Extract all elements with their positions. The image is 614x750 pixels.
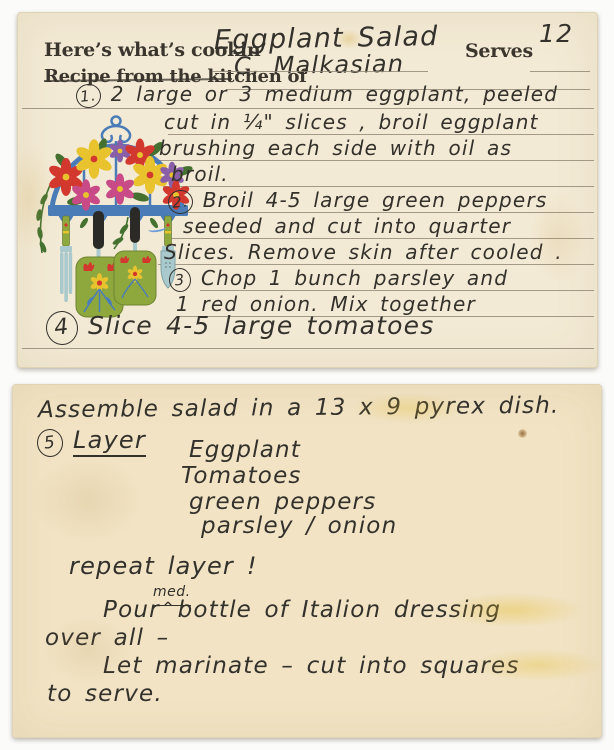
step-text: Slices. Remove skin after cooled . [164,240,563,264]
step-text: seeded and cut into quarter [183,214,511,238]
pour-line: Pour^bottle of Italion dressing [103,597,501,625]
pour-rest: bottle of Italion dressing [178,597,502,623]
garden-fork-icon [60,216,72,302]
step-text: cut in ¼" slices , broil eggplant [164,110,539,134]
paper-stain [33,455,143,545]
serve-line: to serve. [47,681,163,707]
layer-label: Layer [73,426,146,457]
recipe-step-line: 4Slice 4-5 large tomatoes [46,311,434,345]
step-text: Broil 4-5 large green peppers [203,188,548,212]
step-number: 3 [168,267,192,293]
step-number: 4 [44,309,79,346]
layer-item: parsley / onion [201,513,397,539]
step-text: brushing each side with oil as [159,136,512,160]
step-text: Chop 1 bunch parsley and [201,266,508,290]
trowel-icon [114,207,156,305]
recipe-step-line: broil. [171,161,229,187]
author-name: C. Malkasian [234,51,405,79]
recipe-card-front: Here’s what’s cookin’ Eggplant Salad Ser… [17,12,598,368]
serves-underline [530,71,590,72]
recipe-step-line: 1.2 large or 3 medium eggplant, peeled [76,81,558,108]
marinate-line: Let marinate – cut into squares [103,653,520,679]
recipe-step-line: Slices. Remove skin after cooled . [164,239,563,265]
repeat-layer-line: repeat layer ! [69,553,258,579]
pour-prefix: Pour [103,597,160,623]
assembly-line: Assemble salad in a 13 x 9 pyrex dish. [38,393,560,424]
layer-item: Eggplant [189,437,301,463]
recipe-step-line: 3Chop 1 bunch parsley and [169,265,508,292]
over-all-line: over all – [45,625,169,651]
caret-mark: ^ [162,599,176,617]
recipe-title: Eggplant Salad [214,24,439,54]
ruled-line [22,348,594,349]
recipe-step-line: 2.Broil 4-5 large green peppers [168,187,547,214]
recipe-step-line: cut in ¼" slices , broil eggplant [164,109,539,135]
recipe-step-line: brushing each side with oil as [159,135,512,161]
paper-stain [518,429,527,438]
hanging-hooks [60,216,174,222]
step-number: 1. [75,83,102,109]
step-text: Slice 4-5 large tomatoes [88,311,434,340]
step-number: 2. [167,189,194,215]
dome-base-bar [48,205,188,216]
step-text: broil. [171,162,229,186]
recipe-step-line: 5Layer [37,427,146,457]
layer-item: Tomatoes [181,463,302,489]
recipe-card-back: Assemble salad in a 13 x 9 pyrex dish. 5… [12,384,602,738]
recipe-step-line: seeded and cut into quarter [183,213,511,239]
printed-label-serves: Serves [465,40,533,62]
step-text: 2 large or 3 medium eggplant, peeled [111,82,558,106]
serves-value: 12 [539,21,573,47]
step-number: 5 [36,428,65,459]
title-underline [212,71,428,72]
layer-item: green peppers [189,489,376,515]
